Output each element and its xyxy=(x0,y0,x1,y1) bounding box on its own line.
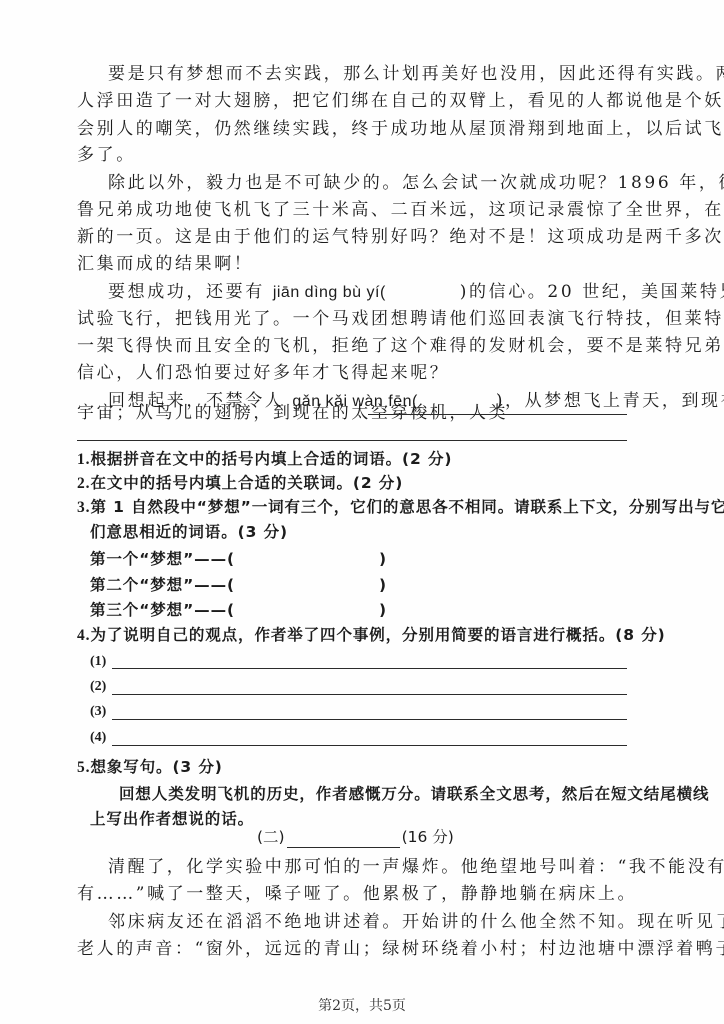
dream-answer-3: 第三个“梦想”——() xyxy=(90,598,627,622)
question-4: 4.为了说明自己的观点，作者举了四个事例，分别用简要的语言进行概括。(8 分) xyxy=(77,623,627,648)
paren-close: ) xyxy=(379,601,387,619)
answer-label-3: (3) xyxy=(90,702,106,722)
passage-line: 信心，人们恐怕要过好多年才飞得起来呢？ xyxy=(77,360,627,386)
question-5: 5.想象写句。(3 分) xyxy=(77,755,627,780)
question-number: 5. xyxy=(77,759,90,776)
passage2-line: 清醒了，化学实验中那可怕的一声爆炸。他绝望地号叫着：“我不能没有眼睛，不能没 xyxy=(77,854,627,880)
question-5-body: 回想人类发明飞机的历史，作者感慨万分。请联系全文思考，然后在短文结尾横线 xyxy=(119,782,627,806)
page-number: 第2页，共5页 xyxy=(0,996,724,1016)
dream-answer-1: 第一个“梦想”——() xyxy=(90,547,627,571)
question-text: 第 1 自然段中“梦想”一词有三个，它们的意思各不相同。请联系上下文，分别写出与… xyxy=(90,498,724,516)
passage2-line: 有……”喊了一整天，嗓子哑了。他累极了，静静地躺在病床上。 xyxy=(77,881,627,907)
passage-line: 汇集而成的结果啊！ xyxy=(77,251,627,277)
dream-answer-2: 第二个“梦想”——() xyxy=(90,573,627,597)
question-3: 3.第 1 自然段中“梦想”一词有三个，它们的意思各不相同。请联系上下文，分别写… xyxy=(77,495,627,520)
answer-underline[interactable] xyxy=(77,440,627,441)
answer-line-4[interactable] xyxy=(112,745,627,746)
question-number: 2. xyxy=(77,475,90,492)
answer-label-1: (1) xyxy=(90,652,106,672)
section-title-blank[interactable] xyxy=(287,831,400,848)
answer-label-2: (2) xyxy=(90,677,106,697)
passage-text: 要想成功，还要有 xyxy=(108,282,273,302)
question-text: 为了说明自己的观点，作者举了四个事例，分别用简要的语言进行概括。(8 分) xyxy=(90,626,665,644)
passage-line: 新的一页。这是由于他们的运气特别好吗？绝对不是！这项成功是两千多次挫败的经验 xyxy=(77,224,627,250)
passage-line: 一架飞得快而且安全的飞机，拒绝了这个难得的发财机会，要不是莱特兄弟有这么坚强的 xyxy=(77,333,627,359)
pinyin-prompt: jiān dìng bù yí( xyxy=(273,284,386,301)
answer-line-1[interactable] xyxy=(112,668,627,669)
passage2-line: 老人的声音：“窗外，远远的青山；绿树环绕着小村；村边池塘中漂浮着鸭子；牧童骑着老… xyxy=(77,936,627,962)
paren-close: ) xyxy=(379,550,387,568)
answer-underline[interactable] xyxy=(368,414,627,415)
question-text: 想象写句。(3 分) xyxy=(90,758,222,776)
question-3-cont: 们意思相近的词语。(3 分) xyxy=(90,520,627,544)
passage-line-with-pinyin: 要想成功，还要有 jiān dìng bù yí()的信心。20 世纪，美国莱特… xyxy=(77,279,627,305)
passage-line: 会别人的嘲笑，仍然继续实践，终于成功地从屋顶滑翔到地面上，以后试飞的人就越来越 xyxy=(77,116,627,142)
section-2-title: (二)(16 分) xyxy=(257,826,454,848)
section-label: (二) xyxy=(257,828,285,846)
answer-label-4: (4) xyxy=(90,728,106,748)
passage-line: 人浮田造了一对大翅膀，把它们绑在自己的双臂上，看见的人都说他是个妖怪。浮田不理 xyxy=(77,88,627,114)
question-text: 根据拼音在文中的括号内填上合适的词语。(2 分) xyxy=(90,450,452,468)
answer-line-3[interactable] xyxy=(112,719,627,720)
section-score: (16 分) xyxy=(402,828,454,846)
answer-line-2[interactable] xyxy=(112,694,627,695)
passage-line: 多了。 xyxy=(77,142,627,168)
dream-label: 第一个“梦想”——( xyxy=(90,550,235,568)
question-number: 4. xyxy=(77,627,90,644)
passage-line: 试验飞行，把钱用光了。一个马戏团想聘请他们巡回表演飞行特技，但莱特兄弟因为要造 xyxy=(77,306,627,332)
passage-line: 鲁兄弟成功地使飞机飞了三十米高、二百米远，这项记录震惊了全世界，在飞行史上写下了 xyxy=(77,197,627,223)
question-2: 2.在文中的括号内填上合适的关联词。(2 分) xyxy=(77,471,627,496)
question-number: 1. xyxy=(77,451,90,468)
passage2-line: 邻床病友还在滔滔不绝地讲述着。开始讲的什么他全然不知。现在听见了，那是一个 xyxy=(77,909,627,935)
passage-line: 除此以外，毅力也是不可缺少的。怎么会试一次就成功呢？1896 年，德国人利利安德 xyxy=(77,170,627,196)
question-text: 在文中的括号内填上合适的关联词。(2 分) xyxy=(90,474,403,492)
question-number: 3. xyxy=(77,499,90,516)
question-1: 1.根据拼音在文中的括号内填上合适的词语。(2 分) xyxy=(77,447,627,472)
passage-line: 宇宙；从鸟儿的翅膀，到现在的太空穿梭机，人类 xyxy=(77,400,377,426)
passage-text: )，从梦想飞上青天，到现在的征服 xyxy=(496,391,724,411)
passage-line: 要是只有梦想而不去实践，那么计划再美好也没用，因此还得有实践。两百年前，日本 xyxy=(77,61,627,87)
dream-label: 第三个“梦想”——( xyxy=(90,601,235,619)
exam-page: 要是只有梦想而不去实践，那么计划再美好也没用，因此还得有实践。两百年前，日本 人… xyxy=(0,0,724,1024)
paren-close: ) xyxy=(379,576,387,594)
passage-text: )的信心。20 世纪，美国莱特兄弟为了 xyxy=(460,282,724,302)
dream-label: 第二个“梦想”——( xyxy=(90,576,235,594)
